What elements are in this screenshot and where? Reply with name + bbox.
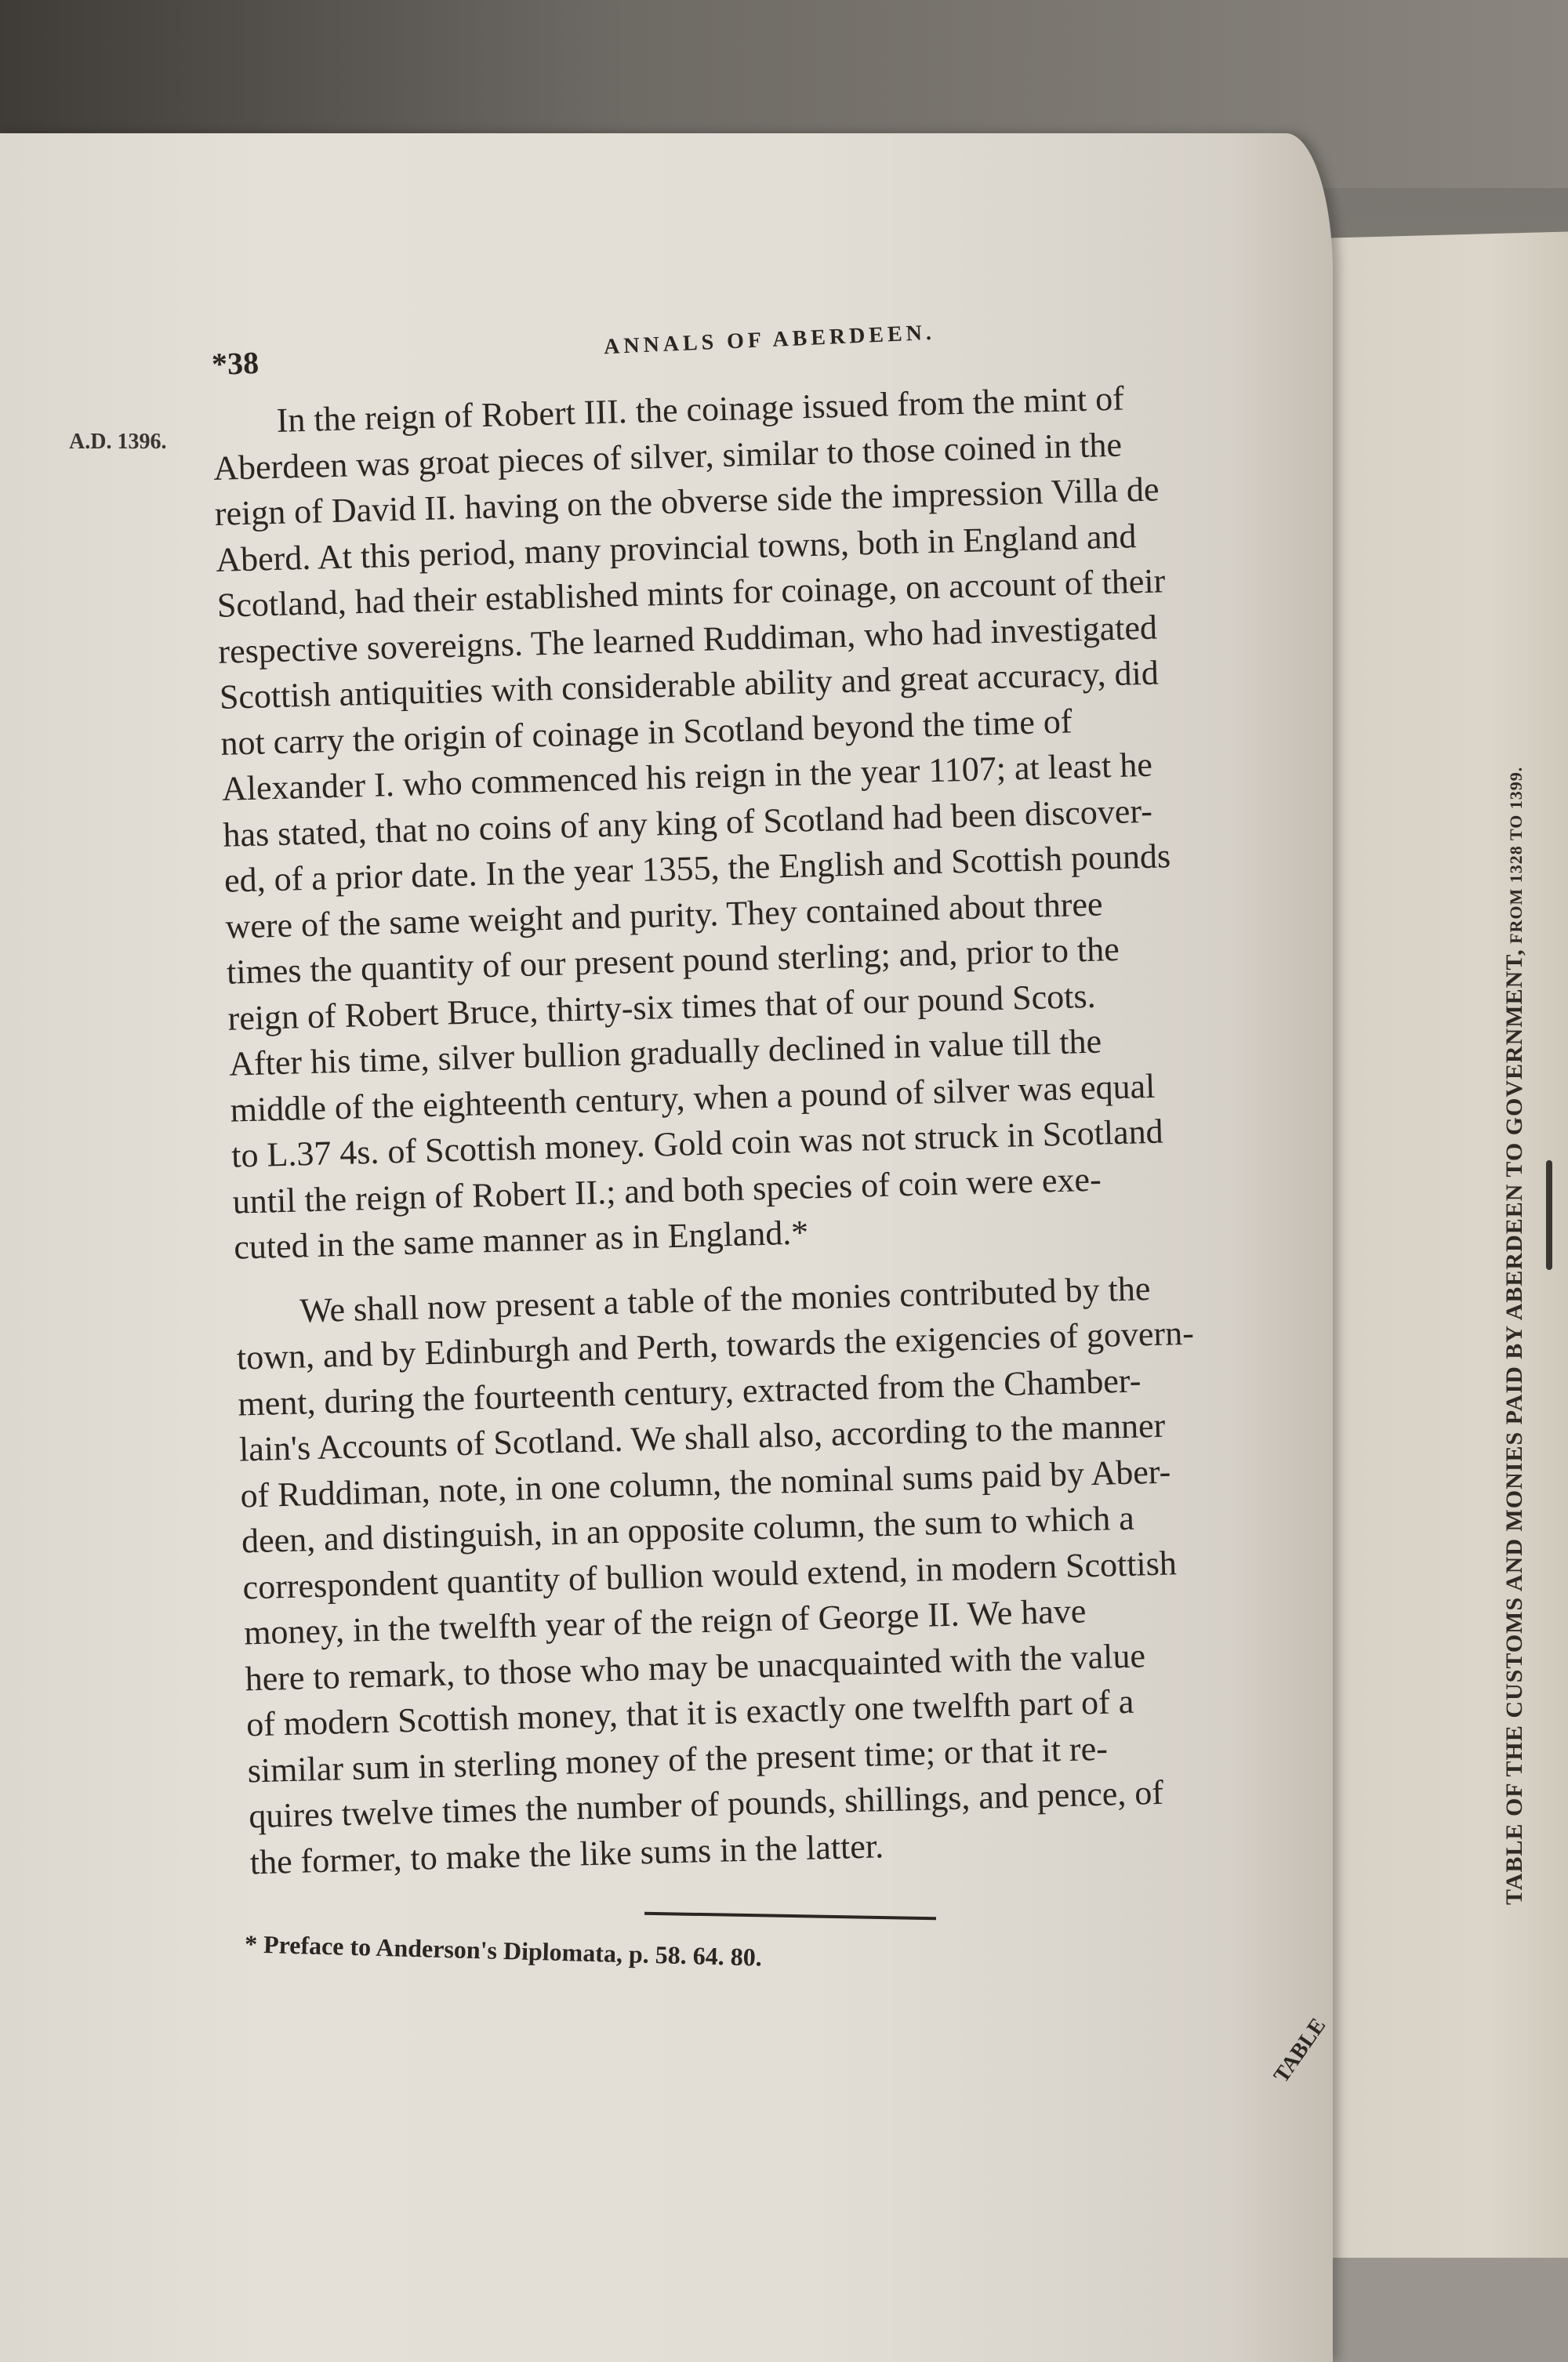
facing-page-heading: TABLE OF THE CUSTOMS AND MONIES PAID BY … xyxy=(1501,767,1528,1905)
background-surface xyxy=(1333,2258,1568,2362)
paragraph-1: In the reign of Robert III. the coinage … xyxy=(212,371,1348,1271)
body-text: In the reign of Robert III. the coinage … xyxy=(212,371,1363,1886)
margin-note-date: A.D. 1396. xyxy=(69,430,166,455)
paragraph-2: We shall now present a table of the moni… xyxy=(235,1261,1363,1885)
facing-heading-dates: FROM 1328 TO 1399. xyxy=(1506,767,1526,949)
page-number: *38 xyxy=(211,344,260,383)
facing-heading-main: TABLE OF THE CUSTOMS AND MONIES PAID BY … xyxy=(1501,949,1527,1905)
bookmark-ribbon xyxy=(1546,1160,1552,1270)
